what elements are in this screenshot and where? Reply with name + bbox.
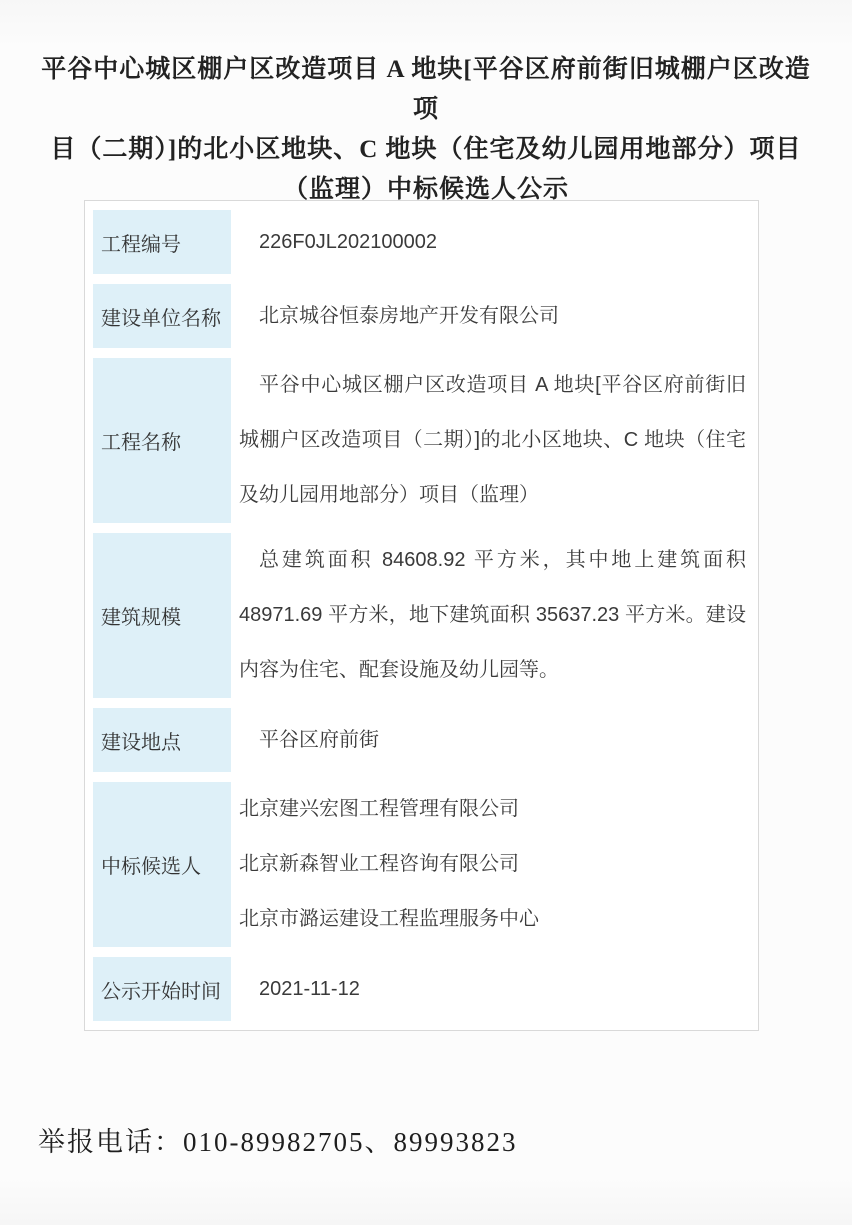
row-label: 建设地点 xyxy=(93,708,231,772)
title-line: 目（二期）]的北小区地块、C 地块（住宅及幼儿园用地部分）项目 xyxy=(30,130,822,170)
row-label: 工程编号 xyxy=(93,210,231,274)
row-bid-candidates: 中标候选人 北京建兴宏图工程管理有限公司 北京新森智业工程咨询有限公司 北京市潞… xyxy=(93,782,750,947)
row-label: 公示开始时间 xyxy=(93,957,231,1021)
report-phone-line: 举报电话：010-89982705、89993823 xyxy=(38,1120,518,1159)
row-value: 2021-11-12 xyxy=(239,962,746,1017)
row-label: 建筑规模 xyxy=(93,533,231,698)
title-line: 平谷中心城区棚户区改造项目 A 地块[平谷区府前街旧城棚户区改造项 xyxy=(30,50,822,130)
candidate-item: 北京市潞运建设工程监理服务中心 xyxy=(239,892,746,947)
row-building-scale: 建筑规模 总建筑面积 84608.92 平方米，其中地上建筑面积 48971.6… xyxy=(93,533,750,698)
candidate-item: 北京新森智业工程咨询有限公司 xyxy=(239,837,746,892)
row-construction-unit: 建设单位名称 北京城谷恒泰房地产开发有限公司 xyxy=(93,284,750,348)
candidate-item: 北京建兴宏图工程管理有限公司 xyxy=(239,782,746,837)
row-construction-site: 建设地点 平谷区府前街 xyxy=(93,708,750,772)
row-label: 建设单位名称 xyxy=(93,284,231,348)
row-project-code: 工程编号 226F0JL202100002 xyxy=(93,210,750,274)
row-value: 总建筑面积 84608.92 平方米，其中地上建筑面积 48971.69 平方米… xyxy=(239,533,746,698)
row-label: 工程名称 xyxy=(93,358,231,523)
row-value: 北京城谷恒泰房地产开发有限公司 xyxy=(239,289,746,344)
row-project-name: 工程名称 平谷中心城区棚户区改造项目 A 地块[平谷区府前街旧城棚户区改造项目（… xyxy=(93,358,750,523)
announcement-page: 平谷中心城区棚户区改造项目 A 地块[平谷区府前街旧城棚户区改造项 目（二期）]… xyxy=(0,0,852,1225)
row-value: 平谷中心城区棚户区改造项目 A 地块[平谷区府前街旧城棚户区改造项目（二期）]的… xyxy=(239,358,746,523)
row-value: 226F0JL202100002 xyxy=(239,215,746,270)
row-label: 中标候选人 xyxy=(93,782,231,947)
row-publicity-start-time: 公示开始时间 2021-11-12 xyxy=(93,957,750,1021)
row-value: 平谷区府前街 xyxy=(239,713,746,768)
page-title: 平谷中心城区棚户区改造项目 A 地块[平谷区府前街旧城棚户区改造项 目（二期）]… xyxy=(30,50,822,210)
announcement-table: 工程编号 226F0JL202100002 建设单位名称 北京城谷恒泰房地产开发… xyxy=(84,200,759,1031)
